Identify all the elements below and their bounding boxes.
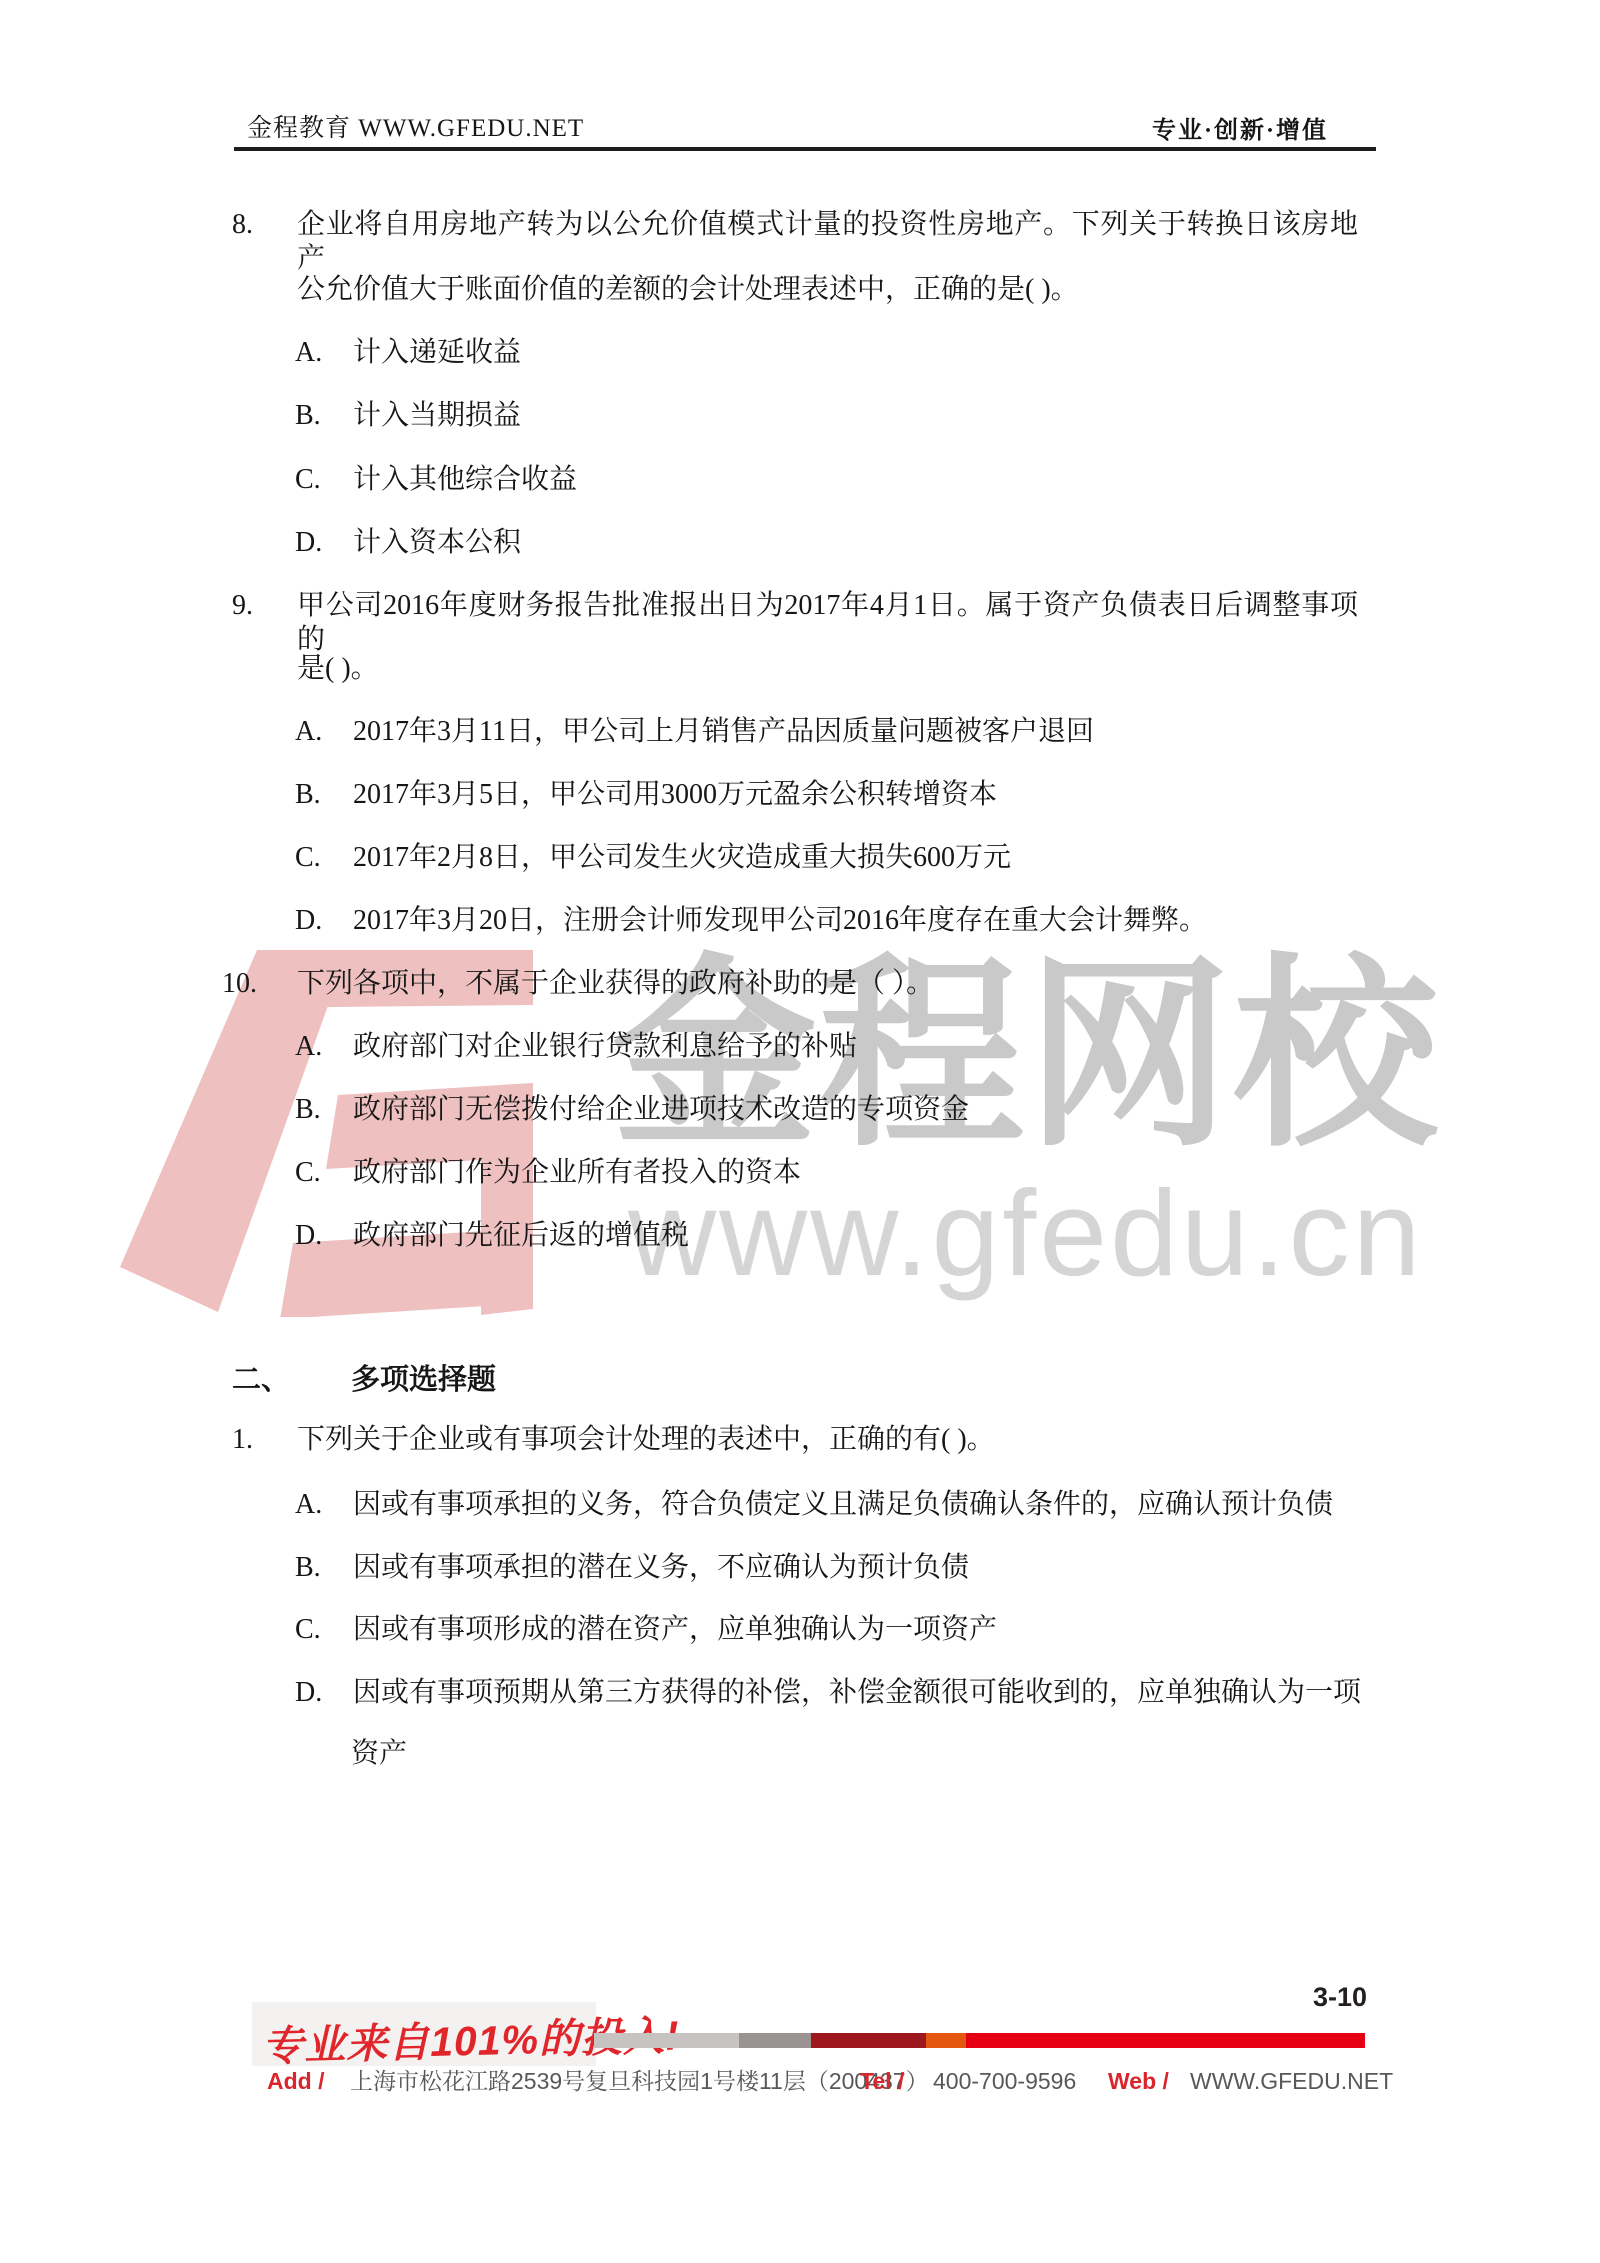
footer-contact-line: Add / 上海市松花江路2539号复旦科技园1号楼11层（200437） Te… <box>0 2066 1600 2096</box>
option-label: B. <box>295 1093 321 1127</box>
option-label: B. <box>295 1551 321 1585</box>
question-8-option-c: C. 计入其他综合收益 <box>0 463 1600 497</box>
footer-web: WWW.GFEDU.NET <box>1190 2066 1393 2096</box>
option-text: 2017年3月20日，注册会计师发现甲公司2016年度存在重大会计舞弊。 <box>353 904 1207 938</box>
question-9-line-1: 9. 甲公司2016年度财务报告批准报出日为2017年4月1日。属于资产负债表日… <box>0 589 1600 623</box>
question-8-option-a: A. 计入递延收益 <box>0 336 1600 370</box>
header-slogan: 专业·创新·增值 <box>1152 110 1328 145</box>
question-text: 下列关于企业或有事项会计处理的表述中，正确的有( )。 <box>297 1423 995 1457</box>
option-text: 计入资本公积 <box>353 526 521 560</box>
question-text: 企业将自用房地产转为以公允价值模式计量的投资性房地产。下列关于转换日该房地产 <box>297 208 1358 276</box>
option-label: A. <box>295 336 322 370</box>
option-text: 因或有事项承担的潜在义务，不应确认为预计负债 <box>353 1551 969 1585</box>
mc-question-1-option-c: C. 因或有事项形成的潜在资产，应单独确认为一项资产 <box>0 1613 1600 1647</box>
mc-question-1-option-d-continuation: 资产 <box>0 1737 1600 1771</box>
option-text: 2017年3月11日，甲公司上月销售产品因质量问题被客户退回 <box>353 715 1094 749</box>
mc-question-1-option-a: A. 因或有事项承担的义务，符合负债定义且满足负债确认条件的，应确认预计负债 <box>0 1488 1600 1522</box>
footer-bar-segment-5 <box>966 2033 1365 2048</box>
question-8-option-d: D. 计入资本公积 <box>0 526 1600 560</box>
question-text: 公允价值大于账面价值的差额的会计处理表述中，正确的是( )。 <box>297 273 1079 307</box>
question-number: 8. <box>232 208 253 242</box>
footer-web-label: Web / <box>1108 2066 1169 2096</box>
question-10-option-d: D. 政府部门先征后返的增值税 <box>0 1219 1600 1253</box>
question-10-option-a: A. 政府部门对企业银行贷款利息给予的补贴 <box>0 1030 1600 1064</box>
footer-address-label: Add / <box>267 2066 325 2096</box>
mc-question-1-option-b: B. 因或有事项承担的潜在义务，不应确认为预计负债 <box>0 1551 1600 1585</box>
footer-tel: 400-700-9596 <box>933 2066 1076 2096</box>
option-label: D. <box>295 1676 322 1710</box>
header-rule <box>234 147 1376 151</box>
header-brand: 金程教育 WWW.GFEDU.NET <box>247 108 584 144</box>
option-label: D. <box>295 526 322 560</box>
question-10-option-c: C. 政府部门作为企业所有者投入的资本 <box>0 1156 1600 1190</box>
footer-bar-segment-1 <box>594 2033 739 2048</box>
option-label: B. <box>295 399 321 433</box>
option-label: B. <box>295 778 321 812</box>
option-label: C. <box>295 1156 321 1190</box>
question-9-line-2: 是( )。 <box>0 652 1600 686</box>
footer-bar-segment-2 <box>739 2033 811 2048</box>
option-text: 2017年3月5日，甲公司用3000万元盈余公积转增资本 <box>353 778 997 812</box>
option-text: 因或有事项形成的潜在资产，应单独确认为一项资产 <box>353 1613 997 1647</box>
question-8-line-2: 公允价值大于账面价值的差额的会计处理表述中，正确的是( )。 <box>0 273 1600 307</box>
question-text: 甲公司2016年度财务报告批准报出日为2017年4月1日。属于资产负债表日后调整… <box>297 589 1358 657</box>
mc-question-1-line-1: 1. 下列关于企业或有事项会计处理的表述中，正确的有( )。 <box>0 1423 1600 1457</box>
question-number: 10. <box>222 967 257 1001</box>
option-label: A. <box>295 1488 322 1522</box>
option-text: 计入当期损益 <box>353 399 521 433</box>
question-9-option-c: C. 2017年2月8日，甲公司发生火灾造成重大损失600万元 <box>0 841 1600 875</box>
section-number: 二、 <box>232 1363 290 1397</box>
question-number: 9. <box>232 589 253 623</box>
option-label: C. <box>295 1613 321 1647</box>
footer-bar-segment-4 <box>926 2033 966 2048</box>
option-label: A. <box>295 1030 322 1064</box>
option-text: 政府部门对企业银行贷款利息给予的补贴 <box>353 1030 857 1064</box>
page-number: 3-10 <box>1313 1982 1367 2013</box>
section-title: 多项选择题 <box>351 1363 496 1397</box>
option-label: C. <box>295 841 321 875</box>
document-page: 金程教育 WWW.GFEDU.NET 专业·创新·增值 金程网校 www.gfe… <box>0 0 1600 2263</box>
footer-address: 上海市松花江路2539号复旦科技园1号楼11层（200437） <box>350 2066 929 2096</box>
question-9-option-a: A. 2017年3月11日，甲公司上月销售产品因质量问题被客户退回 <box>0 715 1600 749</box>
question-10-line-1: 10. 下列各项中，不属于企业获得的政府补助的是（ ）。 <box>0 967 1600 1001</box>
option-text: 计入其他综合收益 <box>353 463 577 497</box>
question-number: 1. <box>232 1423 253 1457</box>
question-10-option-b: B. 政府部门无偿拨付给企业进项技术改造的专项资金 <box>0 1093 1600 1127</box>
option-label: D. <box>295 1219 322 1253</box>
option-text: 政府部门先征后返的增值税 <box>353 1219 689 1253</box>
option-text: 2017年2月8日，甲公司发生火灾造成重大损失600万元 <box>353 841 1011 875</box>
option-text: 因或有事项承担的义务，符合负债定义且满足负债确认条件的，应确认预计负债 <box>353 1488 1333 1522</box>
footer-bar-segment-3 <box>811 2033 926 2048</box>
question-text: 是( )。 <box>297 652 379 686</box>
option-label: C. <box>295 463 321 497</box>
option-text: 因或有事项预期从第三方获得的补偿，补偿金额很可能收到的，应单独确认为一项 <box>353 1676 1361 1710</box>
mc-question-1-option-d: D. 因或有事项预期从第三方获得的补偿，补偿金额很可能收到的，应单独确认为一项 <box>0 1676 1600 1710</box>
option-text: 计入递延收益 <box>353 336 521 370</box>
option-text: 政府部门作为企业所有者投入的资本 <box>353 1156 801 1190</box>
option-label: D. <box>295 904 322 938</box>
section-2-header: 二、 多项选择题 <box>0 1363 1600 1397</box>
footer-color-bar <box>594 2033 1365 2048</box>
question-text: 下列各项中，不属于企业获得的政府补助的是（ ）。 <box>297 967 934 1001</box>
option-text-continuation: 资产 <box>351 1737 407 1771</box>
footer-tel-label: Tel / <box>860 2066 904 2096</box>
option-label: A. <box>295 715 322 749</box>
question-8-line-1: 8. 企业将自用房地产转为以公允价值模式计量的投资性房地产。下列关于转换日该房地… <box>0 208 1600 242</box>
question-9-option-d: D. 2017年3月20日，注册会计师发现甲公司2016年度存在重大会计舞弊。 <box>0 904 1600 938</box>
question-9-option-b: B. 2017年3月5日，甲公司用3000万元盈余公积转增资本 <box>0 778 1600 812</box>
option-text: 政府部门无偿拨付给企业进项技术改造的专项资金 <box>353 1093 969 1127</box>
question-8-option-b: B. 计入当期损益 <box>0 399 1600 433</box>
